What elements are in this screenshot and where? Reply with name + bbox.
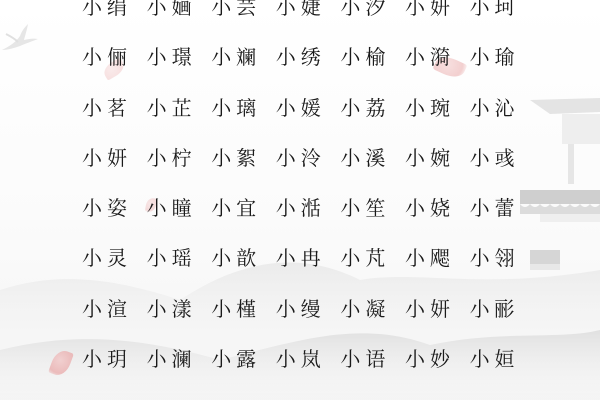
name-item: 小彧 [470,133,535,183]
name-item: 小姿 [82,183,147,233]
name-item: 小玥 [82,334,147,384]
name-item: 小渲 [82,284,147,334]
name-item: 小瞳 [147,183,212,233]
name-item: 小绣 [276,32,341,82]
name-item: 小柠 [147,133,212,183]
name-list-poster: 小绢 小婳 小芸 小婕 小汐 小妍 小珂 小俪 小璟 小斓 小绣 小榆 小漪 小… [0,0,600,400]
name-item: 小冉 [276,233,341,283]
name-item: 小槿 [211,284,276,334]
name-item: 小汐 [340,0,405,32]
name-item: 小彨 [470,284,535,334]
name-item: 小泠 [276,133,341,183]
name-item: 小妍 [405,0,470,32]
name-item: 小沁 [470,83,535,133]
name-item: 小翎 [470,233,535,283]
name-item: 小歆 [211,233,276,283]
name-item: 小灵 [82,233,147,283]
name-item: 小绢 [82,0,147,32]
name-item: 小婉 [405,133,470,183]
name-item: 小媛 [276,83,341,133]
name-item: 小俪 [82,32,147,82]
name-item: 小荔 [340,83,405,133]
name-item: 小芷 [147,83,212,133]
name-item: 小娆 [405,183,470,233]
name-item: 小妍 [82,133,147,183]
name-item: 小漪 [405,32,470,82]
name-item: 小飔 [405,233,470,283]
name-item: 小璟 [147,32,212,82]
name-item: 小凝 [340,284,405,334]
name-item: 小溪 [340,133,405,183]
name-item: 小茗 [82,83,147,133]
name-item: 小瑜 [470,32,535,82]
name-item: 小瑶 [147,233,212,283]
name-grid: 小绢 小婳 小芸 小婕 小汐 小妍 小珂 小俪 小璟 小斓 小绣 小榆 小漪 小… [82,0,534,384]
crane-icon [0,20,50,60]
name-item: 小璃 [211,83,276,133]
name-item: 小妍 [405,284,470,334]
name-item: 小婕 [276,0,341,32]
name-item: 小蕾 [470,183,535,233]
name-item: 小妙 [405,334,470,384]
name-item: 小澜 [147,334,212,384]
name-item: 小漾 [147,284,212,334]
name-item: 小榆 [340,32,405,82]
name-item: 小姮 [470,334,535,384]
name-item: 小琬 [405,83,470,133]
name-item: 小婳 [147,0,212,32]
name-item: 小珂 [470,0,535,32]
name-item: 小湉 [276,183,341,233]
name-item: 小芃 [340,233,405,283]
name-item: 小宜 [211,183,276,233]
name-item: 小语 [340,334,405,384]
name-item: 小芸 [211,0,276,32]
name-item: 小露 [211,334,276,384]
name-item: 小斓 [211,32,276,82]
petal-icon [48,348,74,379]
name-item: 小笙 [340,183,405,233]
name-item: 小絮 [211,133,276,183]
name-item: 小缦 [276,284,341,334]
name-item: 小岚 [276,334,341,384]
